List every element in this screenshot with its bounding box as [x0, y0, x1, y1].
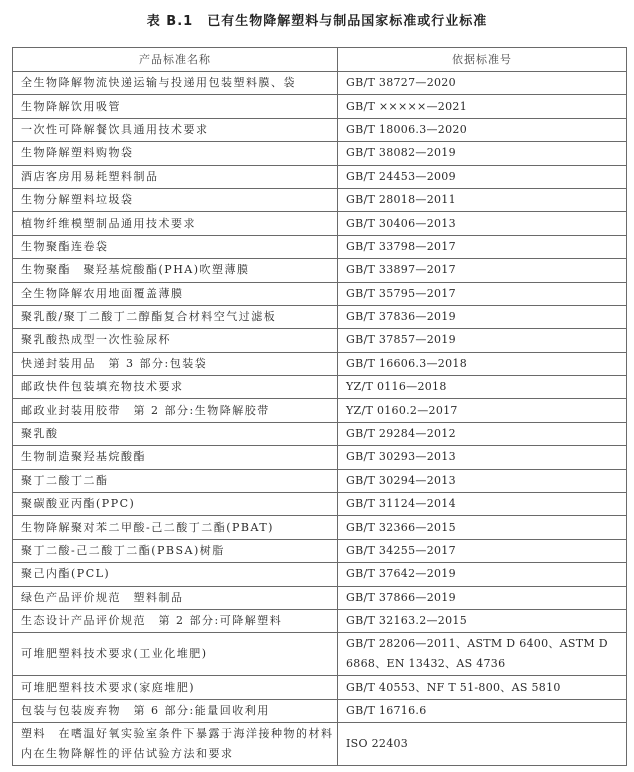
- standard-number: GB/T 37857—2019: [338, 329, 627, 352]
- standard-number: GB/T 37866—2019: [338, 586, 627, 609]
- standard-number: GB/T 33798—2017: [338, 235, 627, 258]
- product-name: 绿色产品评价规范 塑料制品: [13, 586, 338, 609]
- standards-table: 产品标准名称 依据标准号 全生物降解物流快递运输与投递用包装塑料膜、袋GB/T …: [12, 47, 627, 766]
- table-row: 植物纤维模塑制品通用技术要求GB/T 30406—2013: [13, 212, 627, 235]
- table-row: 聚碳酸亚丙酯(PPC)GB/T 31124—2014: [13, 493, 627, 516]
- product-name: 可堆肥塑料技术要求(家庭堆肥): [13, 676, 338, 699]
- table-row: 可堆肥塑料技术要求(家庭堆肥)GB/T 40553、NF T 51-800、AS…: [13, 676, 627, 699]
- product-name: 生物聚酯 聚羟基烷酸酯(PHA)吹塑薄膜: [13, 259, 338, 282]
- standard-number: GB/T 38082—2019: [338, 142, 627, 165]
- standard-number: ISO 22403: [338, 723, 627, 766]
- table-row: 聚己内酯(PCL)GB/T 37642—2019: [13, 563, 627, 586]
- table-row: 生物聚酯连卷袋GB/T 33798—2017: [13, 235, 627, 258]
- table-row: 邮政快件包装填充物技术要求YZ/T 0116—2018: [13, 376, 627, 399]
- standard-number: GB/T 30294—2013: [338, 469, 627, 492]
- product-name: 邮政快件包装填充物技术要求: [13, 376, 338, 399]
- header-standard-number: 依据标准号: [338, 48, 627, 72]
- product-name: 可堆肥塑料技术要求(工业化堆肥): [13, 633, 338, 676]
- standard-number: GB/T ×××××—2021: [338, 95, 627, 118]
- table-row: 包装与包装废弃物 第 6 部分:能量回收利用GB/T 16716.6: [13, 699, 627, 722]
- standard-number: GB/T 31124—2014: [338, 493, 627, 516]
- table-row: 绿色产品评价规范 塑料制品GB/T 37866—2019: [13, 586, 627, 609]
- table-title: 已有生物降解塑料与制品国家标准或行业标准: [207, 14, 487, 29]
- standard-number: GB/T 18006.3—2020: [338, 118, 627, 141]
- table-row: 一次性可降解餐饮具通用技术要求GB/T 18006.3—2020: [13, 118, 627, 141]
- table-header-row: 产品标准名称 依据标准号: [13, 48, 627, 72]
- product-name: 生物聚酯连卷袋: [13, 235, 338, 258]
- table-row: 可堆肥塑料技术要求(工业化堆肥)GB/T 28206—2011、ASTM D 6…: [13, 633, 627, 676]
- standard-number: GB/T 30293—2013: [338, 446, 627, 469]
- standard-number: GB/T 32163.2—2015: [338, 609, 627, 632]
- product-name: 快递封装用品 第 3 部分:包装袋: [13, 352, 338, 375]
- product-name: 全生物降解物流快递运输与投递用包装塑料膜、袋: [13, 72, 338, 95]
- product-name: 全生物降解农用地面覆盖薄膜: [13, 282, 338, 305]
- product-name: 包装与包装废弃物 第 6 部分:能量回收利用: [13, 699, 338, 722]
- product-name: 聚己内酯(PCL): [13, 563, 338, 586]
- table-row: 聚丁二酸丁二酯GB/T 30294—2013: [13, 469, 627, 492]
- table-row: 生态设计产品评价规范 第 2 部分:可降解塑料GB/T 32163.2—2015: [13, 609, 627, 632]
- standard-number: GB/T 28206—2011、ASTM D 6400、ASTM D 6868、…: [338, 633, 627, 676]
- product-name: 植物纤维模塑制品通用技术要求: [13, 212, 338, 235]
- table-row: 快递封装用品 第 3 部分:包装袋GB/T 16606.3—2018: [13, 352, 627, 375]
- table-row: 全生物降解农用地面覆盖薄膜GB/T 35795—2017: [13, 282, 627, 305]
- table-row: 聚丁二酸-己二酸丁二酯(PBSA)树脂GB/T 34255—2017: [13, 539, 627, 562]
- table-row: 酒店客房用易耗塑料制品GB/T 24453—2009: [13, 165, 627, 188]
- standard-number: GB/T 40553、NF T 51-800、AS 5810: [338, 676, 627, 699]
- product-name: 聚丁二酸-己二酸丁二酯(PBSA)树脂: [13, 539, 338, 562]
- table-row: 全生物降解物流快递运输与投递用包装塑料膜、袋GB/T 38727—2020: [13, 72, 627, 95]
- standard-number: GB/T 24453—2009: [338, 165, 627, 188]
- product-name: 生物降解饮用吸管: [13, 95, 338, 118]
- standard-number: GB/T 33897—2017: [338, 259, 627, 282]
- product-name: 塑料 在嗜温好氧实验室条件下暴露于海洋接种物的材料内在生物降解性的评估试验方法和…: [13, 723, 338, 766]
- table-row: 聚乳酸热成型一次性验尿杯GB/T 37857—2019: [13, 329, 627, 352]
- product-name: 聚丁二酸丁二酯: [13, 469, 338, 492]
- standard-number: GB/T 34255—2017: [338, 539, 627, 562]
- table-row: 邮政业封装用胶带 第 2 部分:生物降解胶带YZ/T 0160.2—2017: [13, 399, 627, 422]
- standard-number: GB/T 28018—2011: [338, 188, 627, 211]
- standard-number: GB/T 30406—2013: [338, 212, 627, 235]
- table-number: 表 B.1: [147, 14, 193, 29]
- product-name: 聚碳酸亚丙酯(PPC): [13, 493, 338, 516]
- table-row: 生物制造聚羟基烷酸酯GB/T 30293—2013: [13, 446, 627, 469]
- table-row: 生物降解塑料购物袋GB/T 38082—2019: [13, 142, 627, 165]
- standard-number: GB/T 37836—2019: [338, 305, 627, 328]
- product-name: 聚乳酸热成型一次性验尿杯: [13, 329, 338, 352]
- product-name: 生物制造聚羟基烷酸酯: [13, 446, 338, 469]
- table-row: 聚乳酸/聚丁二酸丁二醇酯复合材料空气过滤板GB/T 37836—2019: [13, 305, 627, 328]
- table-row: 生物降解聚对苯二甲酸-己二酸丁二酯(PBAT)GB/T 32366—2015: [13, 516, 627, 539]
- product-name: 一次性可降解餐饮具通用技术要求: [13, 118, 338, 141]
- table-row: 生物分解塑料垃圾袋GB/T 28018—2011: [13, 188, 627, 211]
- product-name: 酒店客房用易耗塑料制品: [13, 165, 338, 188]
- standard-number: GB/T 29284—2012: [338, 422, 627, 445]
- standard-number: GB/T 35795—2017: [338, 282, 627, 305]
- product-name: 生态设计产品评价规范 第 2 部分:可降解塑料: [13, 609, 338, 632]
- standard-number: YZ/T 0116—2018: [338, 376, 627, 399]
- table-row: 生物聚酯 聚羟基烷酸酯(PHA)吹塑薄膜GB/T 33897—2017: [13, 259, 627, 282]
- product-name: 聚乳酸/聚丁二酸丁二醇酯复合材料空气过滤板: [13, 305, 338, 328]
- product-name: 生物降解塑料购物袋: [13, 142, 338, 165]
- table-row: 生物降解饮用吸管GB/T ×××××—2021: [13, 95, 627, 118]
- standard-number: GB/T 16716.6: [338, 699, 627, 722]
- standard-number: GB/T 37642—2019: [338, 563, 627, 586]
- product-name: 生物降解聚对苯二甲酸-己二酸丁二酯(PBAT): [13, 516, 338, 539]
- header-product-standard-name: 产品标准名称: [13, 48, 338, 72]
- product-name: 聚乳酸: [13, 422, 338, 445]
- standard-number: GB/T 32366—2015: [338, 516, 627, 539]
- table-row: 塑料 在嗜温好氧实验室条件下暴露于海洋接种物的材料内在生物降解性的评估试验方法和…: [13, 723, 627, 766]
- table-caption: 表 B.1已有生物降解塑料与制品国家标准或行业标准: [0, 10, 634, 29]
- product-name: 邮政业封装用胶带 第 2 部分:生物降解胶带: [13, 399, 338, 422]
- standard-number: YZ/T 0160.2—2017: [338, 399, 627, 422]
- table-row: 聚乳酸GB/T 29284—2012: [13, 422, 627, 445]
- product-name: 生物分解塑料垃圾袋: [13, 188, 338, 211]
- standard-number: GB/T 38727—2020: [338, 72, 627, 95]
- standard-number: GB/T 16606.3—2018: [338, 352, 627, 375]
